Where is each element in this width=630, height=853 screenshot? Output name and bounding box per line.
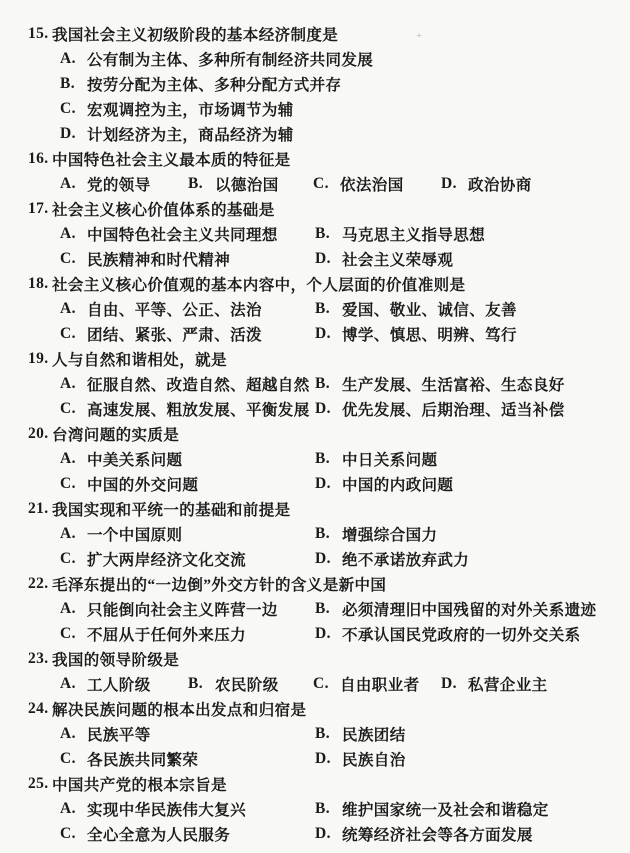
option-text: 优先发展、后期治理、适当补偿 bbox=[342, 398, 630, 420]
option-text: 党的领导 bbox=[87, 173, 188, 195]
option-label: B. bbox=[315, 600, 342, 618]
option-c: C.团结、紧张、严肃、活泼 bbox=[60, 321, 315, 346]
option-label: A. bbox=[60, 175, 87, 193]
question-number: 25. bbox=[28, 775, 52, 793]
option-label: B. bbox=[315, 450, 342, 468]
option-b: B.马克思主义指导思想 bbox=[315, 221, 630, 246]
option-label: D. bbox=[315, 400, 342, 418]
option-label: A. bbox=[60, 725, 87, 743]
option-label: C. bbox=[60, 325, 87, 343]
option-b: B.维护国家统一及社会和谐稳定 bbox=[315, 796, 630, 821]
option-label: D. bbox=[315, 475, 342, 493]
option-a: A.中国特色社会主义共同理想 bbox=[60, 221, 315, 246]
question-number: 23. bbox=[28, 650, 52, 668]
option-label: C. bbox=[313, 175, 340, 193]
option-label: B. bbox=[315, 375, 342, 393]
question-22: 22. 毛泽东提出的“一边倒”外交方针的含义是新中国 A.只能倒向社会主义阵营一… bbox=[0, 571, 630, 646]
option-label: D. bbox=[315, 625, 342, 643]
option-text: 政治协商 bbox=[468, 173, 630, 195]
question-stem: 解决民族问题的根本出发点和归宿是 bbox=[52, 698, 630, 720]
option-label: C. bbox=[313, 675, 340, 693]
question-17: 17. 社会主义核心价值体系的基础是 A.中国特色社会主义共同理想 B.马克思主… bbox=[0, 196, 630, 271]
option-text: 公有制为主体、多种所有制经济共同发展 bbox=[87, 48, 630, 70]
option-label: A. bbox=[60, 300, 87, 318]
option-label: A. bbox=[60, 450, 87, 468]
option-label: B. bbox=[315, 525, 342, 543]
option-label: B. bbox=[315, 300, 342, 318]
option-d: D.社会主义荣辱观 bbox=[315, 246, 630, 271]
option-b: B.农民阶级 bbox=[188, 671, 313, 696]
option-text: 只能倒向社会主义阵营一边 bbox=[87, 598, 315, 620]
option-label: A. bbox=[60, 50, 87, 68]
option-c: C.全心全意为人民服务 bbox=[60, 821, 315, 846]
option-text: 宏观调控为主，市场调节为辅 bbox=[87, 98, 630, 120]
option-b: B.必须清理旧中国残留的对外关系遗迹 bbox=[315, 596, 630, 621]
option-text: 自由职业者 bbox=[340, 673, 441, 695]
option-text: 扩大两岸经济文化交流 bbox=[87, 548, 315, 570]
option-c: C.自由职业者 bbox=[313, 671, 441, 696]
option-label: D. bbox=[441, 675, 468, 693]
option-label: A. bbox=[60, 525, 87, 543]
option-d: D.计划经济为主，商品经济为辅 bbox=[60, 121, 630, 146]
option-a: A.民族平等 bbox=[60, 721, 315, 746]
option-label: B. bbox=[188, 175, 215, 193]
option-label: D. bbox=[315, 250, 342, 268]
question-19: 19. 人与自然和谐相处，就是 A.征服自然、改造自然、超越自然 B.生产发展、… bbox=[0, 346, 630, 421]
option-text: 增强综合国力 bbox=[342, 523, 630, 545]
option-label: A. bbox=[60, 675, 87, 693]
option-label: B. bbox=[188, 675, 215, 693]
question-stem: 社会主义核心价值观的基本内容中，个人层面的价值准则是 bbox=[52, 273, 630, 295]
option-a: A.公有制为主体、多种所有制经济共同发展 bbox=[60, 46, 630, 71]
option-label: B. bbox=[315, 800, 342, 818]
question-stem: 中国特色社会主义最本质的特征是 bbox=[52, 148, 630, 170]
option-d: D.绝不承诺放弃武力 bbox=[315, 546, 630, 571]
option-text: 中美关系问题 bbox=[87, 448, 315, 470]
option-label: C. bbox=[60, 250, 87, 268]
question-number: 16. bbox=[28, 150, 52, 168]
option-d: D.民族自治 bbox=[315, 746, 630, 771]
option-label: C. bbox=[60, 750, 87, 768]
option-text: 工人阶级 bbox=[87, 673, 188, 695]
question-20: 20. 台湾问题的实质是 A.中美关系问题 B.中日关系问题 C.中国的外交问题… bbox=[0, 421, 630, 496]
option-text: 维护国家统一及社会和谐稳定 bbox=[342, 798, 630, 820]
option-b: B.按劳分配为主体、多种分配方式并存 bbox=[60, 71, 630, 96]
option-text: 实现中华民族伟大复兴 bbox=[87, 798, 315, 820]
option-label: D. bbox=[315, 550, 342, 568]
option-text: 依法治国 bbox=[340, 173, 441, 195]
option-text: 按劳分配为主体、多种分配方式并存 bbox=[87, 73, 630, 95]
option-b: B.生产发展、生活富裕、生态良好 bbox=[315, 371, 630, 396]
option-text: 计划经济为主，商品经济为辅 bbox=[87, 123, 630, 145]
question-21: 21. 我国实现和平统一的基础和前提是 A.一个中国原则 B.增强综合国力 C.… bbox=[0, 496, 630, 571]
option-d: D.政治协商 bbox=[441, 171, 630, 196]
option-text: 团结、紧张、严肃、活泼 bbox=[87, 323, 315, 345]
option-label: D. bbox=[441, 175, 468, 193]
option-text: 民族自治 bbox=[342, 748, 630, 770]
option-label: C. bbox=[60, 625, 87, 643]
option-text: 必须清理旧中国残留的对外关系遗迹 bbox=[342, 598, 630, 620]
option-label: D. bbox=[315, 750, 342, 768]
option-label: B. bbox=[60, 75, 87, 93]
option-label: C. bbox=[60, 825, 87, 843]
question-number: 18. bbox=[28, 275, 52, 293]
option-a: A.实现中华民族伟大复兴 bbox=[60, 796, 315, 821]
option-text: 中国的外交问题 bbox=[87, 473, 315, 495]
option-d: D.不承认国民党政府的一切外交关系 bbox=[315, 621, 630, 646]
option-text: 农民阶级 bbox=[215, 673, 313, 695]
option-c: C.扩大两岸经济文化交流 bbox=[60, 546, 315, 571]
option-text: 中国特色社会主义共同理想 bbox=[87, 223, 315, 245]
option-d: D.中国的内政问题 bbox=[315, 471, 630, 496]
option-b: B.民族团结 bbox=[315, 721, 630, 746]
option-text: 私营企业主 bbox=[468, 673, 630, 695]
question-number: 21. bbox=[28, 500, 52, 518]
option-label: B. bbox=[315, 725, 342, 743]
option-text: 以德治国 bbox=[215, 173, 313, 195]
option-b: B.以德治国 bbox=[188, 171, 313, 196]
option-a: A.中美关系问题 bbox=[60, 446, 315, 471]
question-stem: 台湾问题的实质是 bbox=[52, 423, 630, 445]
question-number: 22. bbox=[28, 575, 52, 593]
option-c: C.宏观调控为主，市场调节为辅 bbox=[60, 96, 630, 121]
option-text: 社会主义荣辱观 bbox=[342, 248, 630, 270]
option-a: A.自由、平等、公正、法治 bbox=[60, 296, 315, 321]
question-number: 20. bbox=[28, 425, 52, 443]
question-stem: 人与自然和谐相处，就是 bbox=[52, 348, 630, 370]
question-number: 19. bbox=[28, 350, 52, 368]
question-15: 15. 我国社会主义初级阶段的基本经济制度是 A.公有制为主体、多种所有制经济共… bbox=[0, 21, 630, 146]
option-label: C. bbox=[60, 550, 87, 568]
exam-page: + 15. 我国社会主义初级阶段的基本经济制度是 A.公有制为主体、多种所有制经… bbox=[0, 0, 630, 853]
question-number: 15. bbox=[28, 25, 52, 43]
question-number: 24. bbox=[28, 700, 52, 718]
question-stem: 我国的领导阶级是 bbox=[52, 648, 630, 670]
option-d: D.优先发展、后期治理、适当补偿 bbox=[315, 396, 630, 421]
option-b: B.爱国、敬业、诚信、友善 bbox=[315, 296, 630, 321]
option-label: D. bbox=[60, 125, 87, 143]
option-c: C.不屈从于任何外来压力 bbox=[60, 621, 315, 646]
option-label: B. bbox=[315, 225, 342, 243]
question-stem: 我国实现和平统一的基础和前提是 bbox=[52, 498, 630, 520]
question-stem: 毛泽东提出的“一边倒”外交方针的含义是新中国 bbox=[52, 573, 630, 595]
option-d: D.博学、慎思、明辨、笃行 bbox=[315, 321, 630, 346]
option-text: 不屈从于任何外来压力 bbox=[87, 623, 315, 645]
option-text: 绝不承诺放弃武力 bbox=[342, 548, 630, 570]
option-text: 中国的内政问题 bbox=[342, 473, 630, 495]
question-stem: 社会主义核心价值体系的基础是 bbox=[52, 198, 630, 220]
option-text: 民族团结 bbox=[342, 723, 630, 745]
option-a: A.一个中国原则 bbox=[60, 521, 315, 546]
option-text: 征服自然、改造自然、超越自然 bbox=[87, 373, 315, 395]
option-text: 民族精神和时代精神 bbox=[87, 248, 315, 270]
option-d: D.统筹经济社会等各方面发展 bbox=[315, 821, 630, 846]
option-a: A.工人阶级 bbox=[60, 671, 188, 696]
option-c: C.依法治国 bbox=[313, 171, 441, 196]
option-text: 一个中国原则 bbox=[87, 523, 315, 545]
question-16: 16. 中国特色社会主义最本质的特征是 A.党的领导 B.以德治国 C.依法治国… bbox=[0, 146, 630, 196]
option-label: A. bbox=[60, 375, 87, 393]
question-23: 23. 我国的领导阶级是 A.工人阶级 B.农民阶级 C.自由职业者 D.私营企… bbox=[0, 646, 630, 696]
question-stem: 中国共产党的根本宗旨是 bbox=[52, 773, 630, 795]
option-b: B.中日关系问题 bbox=[315, 446, 630, 471]
option-text: 博学、慎思、明辨、笃行 bbox=[342, 323, 630, 345]
option-text: 民族平等 bbox=[87, 723, 315, 745]
question-18: 18. 社会主义核心价值观的基本内容中，个人层面的价值准则是 A.自由、平等、公… bbox=[0, 271, 630, 346]
option-a: A.党的领导 bbox=[60, 171, 188, 196]
option-text: 高速发展、粗放发展、平衡发展 bbox=[87, 398, 315, 420]
option-label: C. bbox=[60, 400, 87, 418]
option-label: D. bbox=[315, 325, 342, 343]
option-d: D.私营企业主 bbox=[441, 671, 630, 696]
option-c: C.中国的外交问题 bbox=[60, 471, 315, 496]
option-b: B.增强综合国力 bbox=[315, 521, 630, 546]
option-text: 生产发展、生活富裕、生态良好 bbox=[342, 373, 630, 395]
option-text: 爱国、敬业、诚信、友善 bbox=[342, 298, 630, 320]
option-label: A. bbox=[60, 600, 87, 618]
option-label: D. bbox=[315, 825, 342, 843]
option-label: A. bbox=[60, 225, 87, 243]
option-a: A.只能倒向社会主义阵营一边 bbox=[60, 596, 315, 621]
option-c: C.高速发展、粗放发展、平衡发展 bbox=[60, 396, 315, 421]
option-text: 统筹经济社会等各方面发展 bbox=[342, 823, 630, 845]
question-24: 24. 解决民族问题的根本出发点和归宿是 A.民族平等 B.民族团结 C.各民族… bbox=[0, 696, 630, 771]
question-25: 25. 中国共产党的根本宗旨是 A.实现中华民族伟大复兴 B.维护国家统一及社会… bbox=[0, 771, 630, 846]
option-label: A. bbox=[60, 800, 87, 818]
option-text: 中日关系问题 bbox=[342, 448, 630, 470]
question-stem: 我国社会主义初级阶段的基本经济制度是 bbox=[52, 23, 630, 45]
option-label: C. bbox=[60, 475, 87, 493]
option-a: A.征服自然、改造自然、超越自然 bbox=[60, 371, 315, 396]
option-label: C. bbox=[60, 100, 87, 118]
scan-artifact-plus: + bbox=[416, 30, 423, 42]
question-number: 17. bbox=[28, 200, 52, 218]
option-text: 马克思主义指导思想 bbox=[342, 223, 630, 245]
option-text: 全心全意为人民服务 bbox=[87, 823, 315, 845]
option-text: 自由、平等、公正、法治 bbox=[87, 298, 315, 320]
option-c: C.民族精神和时代精神 bbox=[60, 246, 315, 271]
option-text: 各民族共同繁荣 bbox=[87, 748, 315, 770]
option-c: C.各民族共同繁荣 bbox=[60, 746, 315, 771]
option-text: 不承认国民党政府的一切外交关系 bbox=[342, 623, 630, 645]
